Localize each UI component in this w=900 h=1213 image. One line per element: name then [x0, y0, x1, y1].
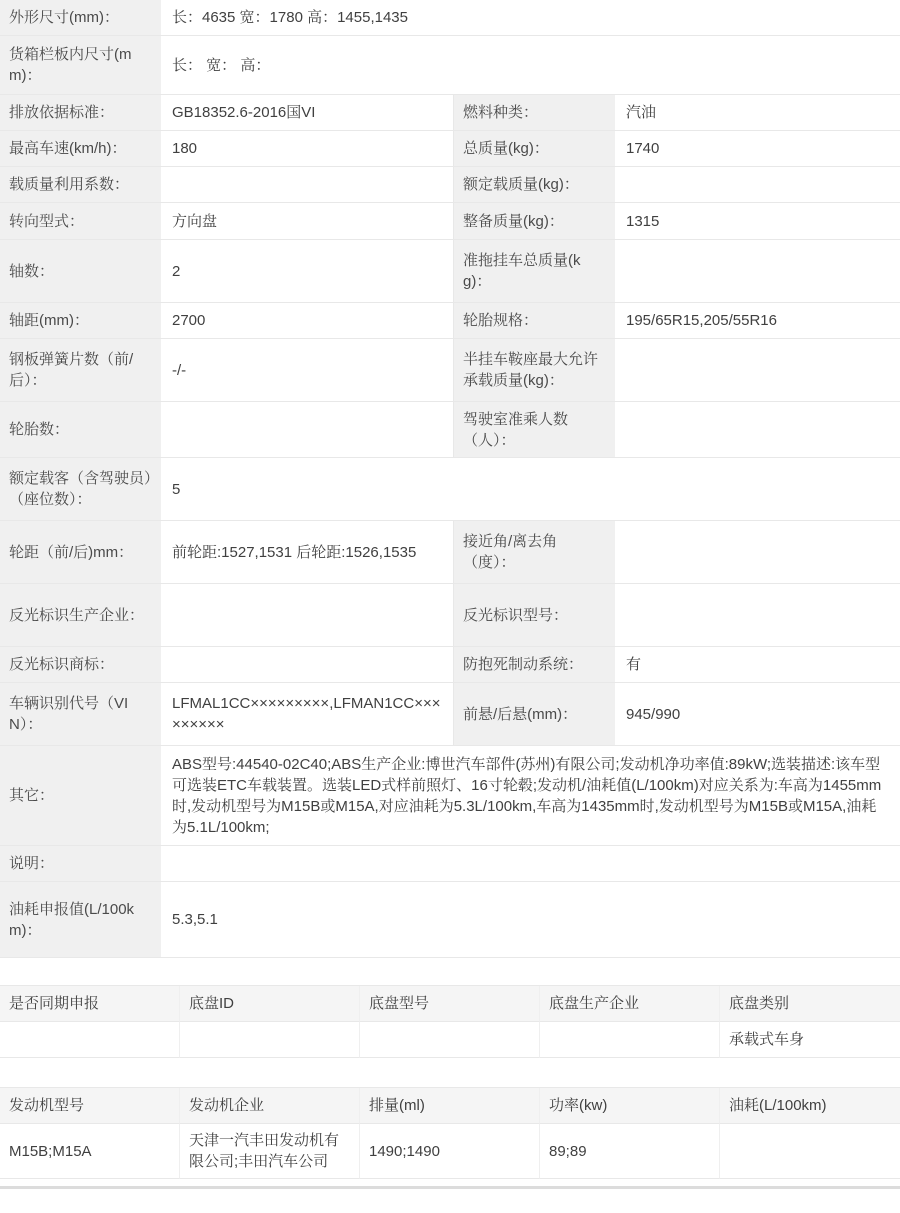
spacer: [0, 958, 900, 985]
spec-label: 反光标识生产企业：: [0, 584, 163, 646]
spec-label: 驾驶室准乘人数（人）：: [453, 402, 617, 457]
spec-label: 转向型式：: [0, 203, 163, 239]
spec-value: 方向盘: [163, 203, 453, 239]
chassis-cell-model: [360, 1022, 540, 1058]
spec-value: [617, 240, 900, 302]
spec-value: 前轮距:1527,1531 后轮距:1526,1535: [163, 521, 453, 583]
spec-label: 轴数：: [0, 240, 163, 302]
spec-value: ABS型号:44540-02C40;ABS生产企业:博世汽车部件(苏州)有限公司…: [163, 746, 900, 845]
spec-row-cargo-box: 货箱栏板内尺寸(mm)： 长： 宽： 高：: [0, 36, 900, 95]
spec-value: [163, 846, 900, 881]
spec-label: 说明：: [0, 846, 163, 881]
spec-label: 其它：: [0, 746, 163, 845]
spec-row-track-angles: 轮距（前/后)mm： 前轮距:1527,1531 后轮距:1526,1535 接…: [0, 521, 900, 584]
spec-row-load-factor: 载质量利用系数： 额定载质量(kg)：: [0, 167, 900, 203]
spec-label: 钢板弹簧片数（前/后）：: [0, 339, 163, 401]
spec-row-fuel-declared: 油耗申报值(L/100km)： 5.3,5.1: [0, 882, 900, 958]
spec-row-wheelbase-tires: 轴距(mm)： 2700 轮胎规格： 195/65R15,205/55R16: [0, 303, 900, 339]
spec-value: 5: [163, 458, 900, 520]
spec-value: 5.3,5.1: [163, 882, 900, 957]
spec-value: 945/990: [617, 683, 900, 745]
spec-value: [163, 647, 453, 682]
chassis-header-model: 底盘型号: [360, 986, 540, 1022]
spec-value: [163, 402, 453, 457]
spec-value: 2: [163, 240, 453, 302]
spec-label: 货箱栏板内尺寸(mm)：: [0, 36, 163, 94]
spec-label: 燃料种类：: [453, 95, 617, 130]
spec-row-steering: 转向型式： 方向盘 整备质量(kg)： 1315: [0, 203, 900, 240]
spec-value: 180: [163, 131, 453, 166]
spec-value: 长： 宽： 高：: [163, 36, 900, 94]
chassis-cell-type: 承载式车身: [720, 1022, 900, 1058]
spec-row-emission-fuel: 排放依据标准： GB18352.6-2016国VI 燃料种类： 汽油: [0, 95, 900, 131]
spec-row-reflective-maker: 反光标识生产企业： 反光标识型号：: [0, 584, 900, 647]
spec-label: 轮距（前/后)mm：: [0, 521, 163, 583]
engine-table: 发动机型号 发动机企业 排量(ml) 功率(kw) 油耗(L/100km) M1…: [0, 1087, 900, 1179]
spec-label: 防抱死制动系统：: [453, 647, 617, 682]
spec-label: 轮胎数：: [0, 402, 163, 457]
spec-value: 195/65R15,205/55R16: [617, 303, 900, 338]
spec-row-springs: 钢板弹簧片数（前/后）： -/- 半挂车鞍座最大允许承载质量(kg)：: [0, 339, 900, 402]
engine-cell-model: M15B;M15A: [0, 1124, 180, 1179]
page-bottom-edge: [0, 1179, 900, 1193]
spec-label: 排放依据标准：: [0, 95, 163, 130]
spec-row-vin-overhang: 车辆识别代号（VIN）： LFMAL1CC×××××××××,LFMAN1CC×…: [0, 683, 900, 746]
spec-label: 最高车速(km/h)：: [0, 131, 163, 166]
spec-row-other: 其它： ABS型号:44540-02C40;ABS生产企业:博世汽车部件(苏州)…: [0, 746, 900, 846]
spec-value: [617, 402, 900, 457]
spec-label: 载质量利用系数：: [0, 167, 163, 202]
spec-value: 长：4635 宽：1780 高：1455,1435: [163, 0, 900, 35]
chassis-cell-maker: [540, 1022, 720, 1058]
spec-table: 外形尺寸(mm)： 长：4635 宽：1780 高：1455,1435 货箱栏板…: [0, 0, 900, 958]
spec-value: 1740: [617, 131, 900, 166]
spec-label: 接近角/离去角（度）：: [453, 521, 617, 583]
spec-row-seats: 额定载客（含驾驶员）（座位数）： 5: [0, 458, 900, 521]
chassis-cell-id: [180, 1022, 360, 1058]
engine-header-fuel: 油耗(L/100km): [720, 1088, 900, 1124]
spec-label: 反光标识商标：: [0, 647, 163, 682]
chassis-header-id: 底盘ID: [180, 986, 360, 1022]
spec-row-reflective-brand-abs: 反光标识商标： 防抱死制动系统： 有: [0, 647, 900, 683]
spec-label: 轴距(mm)：: [0, 303, 163, 338]
spec-value: 汽油: [617, 95, 900, 130]
chassis-cell-concurrent: [0, 1022, 180, 1058]
vehicle-spec-page: 外形尺寸(mm)： 长：4635 宽：1780 高：1455,1435 货箱栏板…: [0, 0, 900, 1213]
spec-value: [617, 584, 900, 646]
spec-value: 1315: [617, 203, 900, 239]
spec-label: 车辆识别代号（VIN）：: [0, 683, 163, 745]
spec-value: 有: [617, 647, 900, 682]
spec-label: 轮胎规格：: [453, 303, 617, 338]
spec-label: 额定载客（含驾驶员）（座位数）：: [0, 458, 163, 520]
spec-value: [163, 584, 453, 646]
spec-value: [617, 167, 900, 202]
spec-value: [617, 521, 900, 583]
spec-label: 额定载质量(kg)：: [453, 167, 617, 202]
spec-label: 前悬/后悬(mm)：: [453, 683, 617, 745]
spec-label: 总质量(kg)：: [453, 131, 617, 166]
spec-row-speed-mass: 最高车速(km/h)： 180 总质量(kg)： 1740: [0, 131, 900, 167]
spec-row-axles: 轴数： 2 准拖挂车总质量(kg)：: [0, 240, 900, 303]
engine-header-power: 功率(kw): [540, 1088, 720, 1124]
engine-cell-displacement: 1490;1490: [360, 1124, 540, 1179]
engine-cell-fuel: [720, 1124, 900, 1179]
spec-label: 反光标识型号：: [453, 584, 617, 646]
spec-value: [617, 339, 900, 401]
spec-label: 油耗申报值(L/100km)：: [0, 882, 163, 957]
spec-label: 外形尺寸(mm)：: [0, 0, 163, 35]
spec-value: [163, 167, 453, 202]
spec-label: 准拖挂车总质量(kg)：: [453, 240, 617, 302]
chassis-header-type: 底盘类别: [720, 986, 900, 1022]
spec-row-dimensions: 外形尺寸(mm)： 长：4635 宽：1780 高：1455,1435: [0, 0, 900, 36]
chassis-header-maker: 底盘生产企业: [540, 986, 720, 1022]
engine-cell-power: 89;89: [540, 1124, 720, 1179]
spec-label: 整备质量(kg)：: [453, 203, 617, 239]
spacer: [0, 1058, 900, 1087]
engine-header-displacement: 排量(ml): [360, 1088, 540, 1124]
chassis-header-concurrent: 是否同期申报: [0, 986, 180, 1022]
spec-value: GB18352.6-2016国VI: [163, 95, 453, 130]
bottom-edge-line: [0, 1186, 900, 1189]
spec-value: -/-: [163, 339, 453, 401]
chassis-table: 是否同期申报 底盘ID 底盘型号 底盘生产企业 底盘类别 承载式车身: [0, 985, 900, 1058]
spec-label: 半挂车鞍座最大允许承载质量(kg)：: [453, 339, 617, 401]
spec-row-notes: 说明：: [0, 846, 900, 882]
spec-value: LFMAL1CC×××××××××,LFMAN1CC×××××××××: [163, 683, 453, 745]
engine-header-maker: 发动机企业: [180, 1088, 360, 1124]
spec-row-tire-count: 轮胎数： 驾驶室准乘人数（人）：: [0, 402, 900, 458]
engine-header-model: 发动机型号: [0, 1088, 180, 1124]
engine-cell-maker: 天津一汽丰田发动机有限公司;丰田汽车公司: [180, 1124, 360, 1179]
spec-value: 2700: [163, 303, 453, 338]
